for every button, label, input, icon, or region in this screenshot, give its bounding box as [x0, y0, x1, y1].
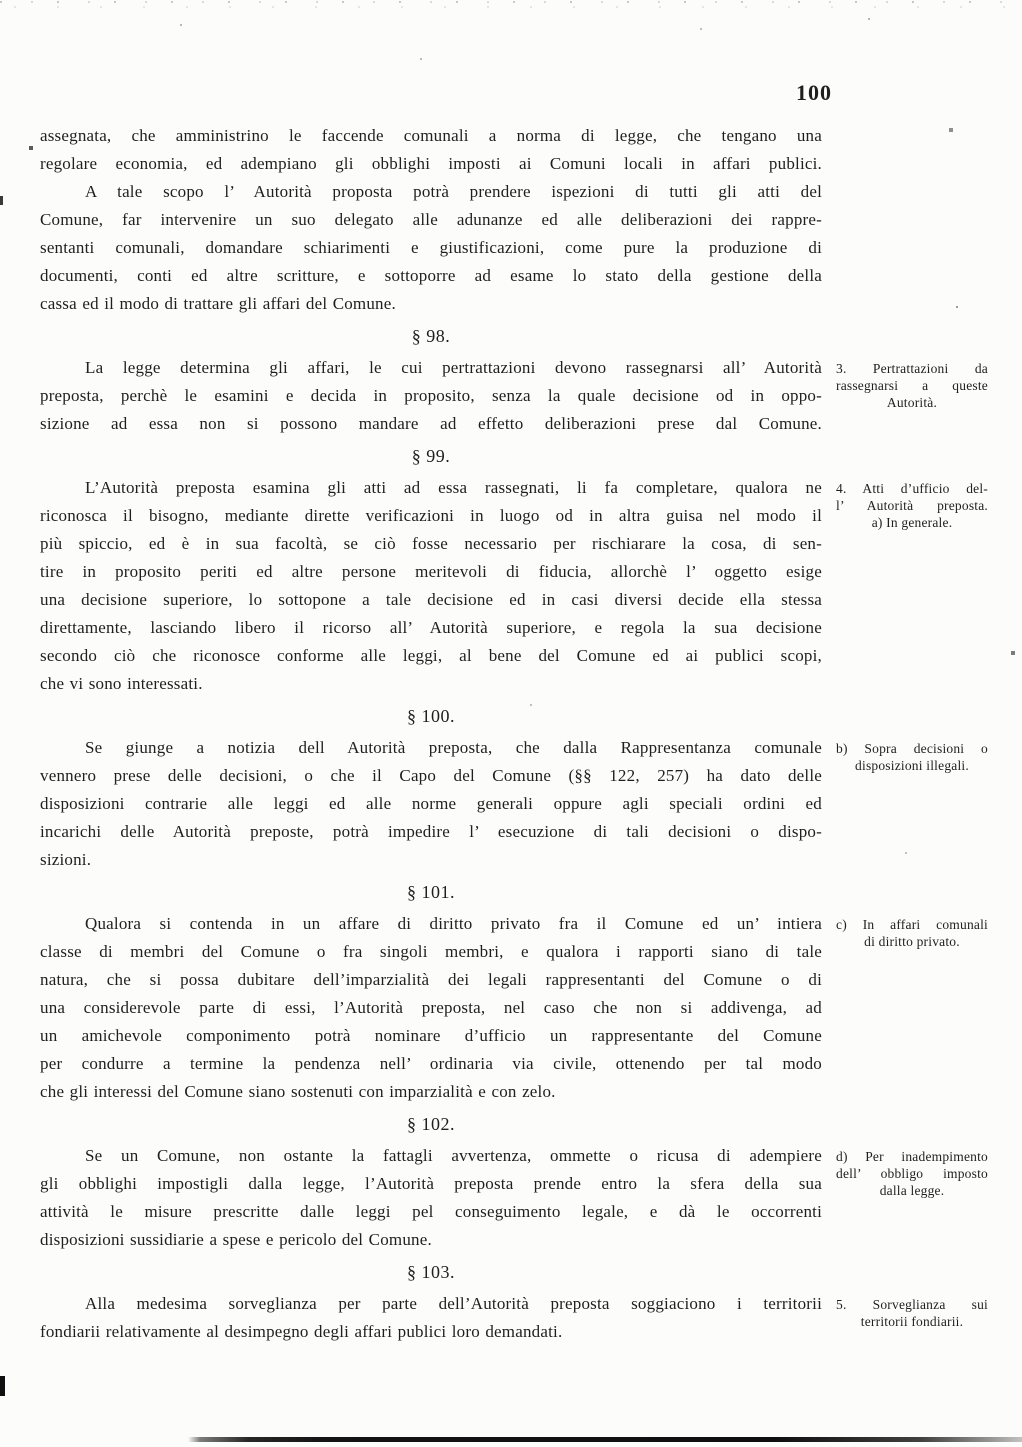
body-line: L’Autorità preposta esamina gli atti ad …	[40, 474, 822, 502]
section: § 98.La legge determina gli affari, le c…	[40, 318, 992, 438]
margin-note-line: Autorità.	[836, 394, 988, 411]
body-line: classe di membri del Comune o fra singol…	[40, 938, 822, 966]
section: § 99.L’Autorità preposta esamina gli att…	[40, 438, 992, 698]
body-line: preposta, perchè le esamini e decida in …	[40, 382, 822, 410]
section-text-column: § 98.La legge determina gli affari, le c…	[40, 318, 822, 438]
section-text-column: A tale scopo l’ Autorità proposta potrà …	[40, 178, 822, 318]
margin-note-line: a) In generale.	[836, 514, 988, 531]
body-line: Se giunge a notizia dell Autorità prepos…	[40, 734, 822, 762]
section: § 102.Se un Comune, non ostante la fatta…	[40, 1106, 992, 1254]
margin-note-line: 4. Atti d’ufficio del-	[836, 480, 988, 497]
margin-note-line: rassegnarsi a queste	[836, 377, 988, 394]
body-line: Comune, far intervenire un suo delegato …	[40, 206, 822, 234]
section-heading: § 100.	[40, 702, 822, 730]
body-line: natura, che si possa dubitare dell’impar…	[40, 966, 822, 994]
section: assegnata, che amministrino le faccende …	[40, 122, 992, 178]
body-line: un amichevole componimento potrà nominar…	[40, 1022, 822, 1050]
margin-note-line: b) Sopra decisioni o	[836, 740, 988, 757]
body-line: più spiccio, ed è in sua facoltà, se ciò…	[40, 530, 822, 558]
scan-noise-top	[0, 1, 1022, 3]
margin-note-column: 3. Pertrattazioni darassegnarsi a queste…	[836, 318, 988, 411]
section-heading: § 101.	[40, 878, 822, 906]
margin-note-line: dell’ obbligo imposto	[836, 1165, 988, 1182]
section: § 103.Alla medesima sorveglianza per par…	[40, 1254, 992, 1346]
scan-specks	[0, 0, 2, 2]
section-heading: § 99.	[40, 442, 822, 470]
body-line: riconosca il bisogno, mediante dirette v…	[40, 502, 822, 530]
section: § 100.Se giunge a notizia dell Autorità …	[40, 698, 992, 874]
body-line: che vi sono interessati.	[40, 670, 822, 698]
section-heading: § 102.	[40, 1110, 822, 1138]
body-line: disposizioni contrarie alle leggi ed all…	[40, 790, 822, 818]
scan-artifact-bar	[188, 1437, 1022, 1442]
body-line: Se un Comune, non ostante la fattagli av…	[40, 1142, 822, 1170]
body-line: secondo ciò che riconosce conforme alle …	[40, 642, 822, 670]
body-line: Alla medesima sorveglianza per parte del…	[40, 1290, 822, 1318]
body-line: che gli interessi del Comune siano soste…	[40, 1078, 822, 1106]
margin-note-line: l’ Autorità preposta.	[836, 497, 988, 514]
margin-note-line: 5. Sorveglianza sui	[836, 1296, 988, 1313]
section-text-column: assegnata, che amministrino le faccende …	[40, 122, 822, 178]
scan-edge-mark	[0, 1376, 5, 1396]
body-line: assegnata, che amministrino le faccende …	[40, 122, 822, 150]
body-line: sentanti comunali, domandare schiariment…	[40, 234, 822, 262]
section-text-column: § 103.Alla medesima sorveglianza per par…	[40, 1254, 822, 1346]
body-line: attività le misure prescritte dalle legg…	[40, 1198, 822, 1226]
body-line: Qualora si contenda in un affare di diri…	[40, 910, 822, 938]
body-line: documenti, conti ed altre scritture, e s…	[40, 262, 822, 290]
margin-note-line: di diritto privato.	[836, 933, 988, 950]
section-text-column: § 101.Qualora si contenda in un affare d…	[40, 874, 822, 1106]
section-text-column: § 100.Se giunge a notizia dell Autorità …	[40, 698, 822, 874]
body-line: tire in proposito periti ed altre person…	[40, 558, 822, 586]
body-line: cassa ed il modo di trattare gli affari …	[40, 290, 822, 318]
margin-note-column: 4. Atti d’ufficio del-l’ Autorità prepos…	[836, 438, 988, 531]
body-line: disposizioni sussidiarie a spese e peric…	[40, 1226, 822, 1254]
body-line: una considerevole parte di essi, l’Autor…	[40, 994, 822, 1022]
body-line: gli obblighi impostigli dalla legge, l’A…	[40, 1170, 822, 1198]
body-line: incarichi delle Autorità preposte, potrà…	[40, 818, 822, 846]
margin-note-column: d) Per inadempimentodell’ obbligo impost…	[836, 1106, 988, 1199]
margin-note-line: dalla legge.	[836, 1182, 988, 1199]
margin-note-line: disposizioni illegali.	[836, 757, 988, 774]
margin-note-column: b) Sopra decisioni odisposizioni illegal…	[836, 698, 988, 774]
margin-note-line: territorii fondiarii.	[836, 1313, 988, 1330]
document-body: assegnata, che amministrino le faccende …	[40, 122, 992, 1346]
margin-note-column: 5. Sorveglianza suiterritorii fondiarii.	[836, 1254, 988, 1330]
body-line: vennero prese delle decisioni, o che il …	[40, 762, 822, 790]
section-heading: § 103.	[40, 1258, 822, 1286]
margin-note-line: d) Per inadempimento	[836, 1148, 988, 1165]
section: A tale scopo l’ Autorità proposta potrà …	[40, 178, 992, 318]
margin-note-column: c) In affari comunalidi diritto privato.	[836, 874, 988, 950]
section-text-column: § 102.Se un Comune, non ostante la fatta…	[40, 1106, 822, 1254]
scan-noise-top-2	[0, 6, 1022, 8]
section: § 101.Qualora si contenda in un affare d…	[40, 874, 992, 1106]
margin-note-line: c) In affari comunali	[836, 916, 988, 933]
scanned-document-page: 100 assegnata, che amministrino le facce…	[0, 0, 1022, 1447]
body-line: La legge determina gli affari, le cui pe…	[40, 354, 822, 382]
body-line: sizione ad essa non si possono mandare a…	[40, 410, 822, 438]
section-heading: § 98.	[40, 322, 822, 350]
body-line: sizioni.	[40, 846, 822, 874]
margin-note-line: 3. Pertrattazioni da	[836, 360, 988, 377]
section-text-column: § 99.L’Autorità preposta esamina gli att…	[40, 438, 822, 698]
page-number: 100	[796, 80, 832, 106]
body-line: fondiarii relativamente al desimpegno de…	[40, 1318, 822, 1346]
body-line: una decisione superiore, lo sottopone a …	[40, 586, 822, 614]
body-line: A tale scopo l’ Autorità proposta potrà …	[40, 178, 822, 206]
scan-edge-mark	[0, 196, 3, 205]
body-line: regolare economia, ed adempiano gli obbl…	[40, 150, 822, 178]
body-line: per condurre a termine la pendenza nell’…	[40, 1050, 822, 1078]
body-line: direttamente, lasciando libero il ricors…	[40, 614, 822, 642]
